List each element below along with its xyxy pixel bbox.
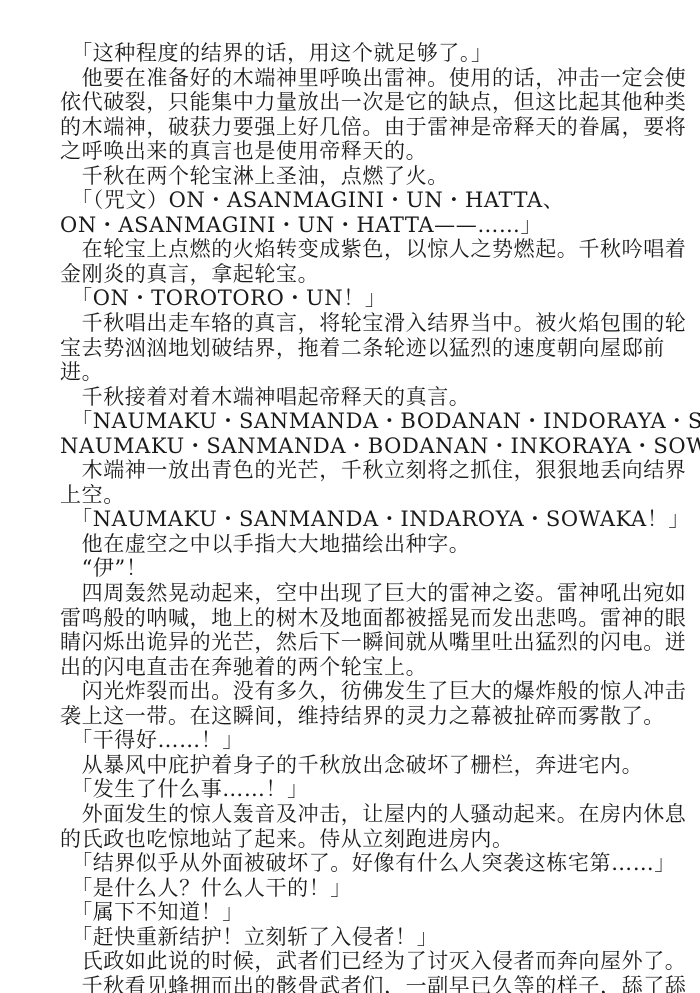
text-line: 之呼唤出来的真言也是使用帝释天的。 <box>60 139 640 164</box>
text-line: 「结界似乎从外面被破坏了。好像有什么人突袭这栋宅第……」 <box>60 851 640 876</box>
text-line: 「干得好……！」 <box>60 728 640 753</box>
text-line: 「NAUMAKU・SANMANDA・BODANAN・INDORAYA・SOWAK… <box>60 409 640 434</box>
text-line: 千秋唱出走车辂的真言，将轮宝滑入结界当中。被火焰包围的轮 <box>60 311 640 336</box>
text-line: “伊”！ <box>60 556 640 581</box>
text-line: 金刚炎的真言，拿起轮宝。 <box>60 262 640 287</box>
text-line: 「属下不知道！」 <box>60 900 640 925</box>
text-line: 他要在准备好的木端神里呼唤出雷神。使用的话，冲击一定会使 <box>60 66 640 91</box>
text-line: 出的闪电直击在奔驰着的两个轮宝上。 <box>60 655 640 680</box>
text-line: 「是什么人？什么人干的！」 <box>60 876 640 901</box>
text-line: 千秋在两个轮宝淋上圣油，点燃了火。 <box>60 164 640 189</box>
document-page: 「这种程度的结界的话，用这个就足够了。」 他要在准备好的木端神里呼唤出雷神。使用… <box>60 41 640 993</box>
text-line: 「发生了什么事……！」 <box>60 777 640 802</box>
text-line: 雷鸣般的呐喊，地上的树木及地面都被摇晃而发出悲鸣。雷神的眼 <box>60 606 640 631</box>
text-line: 他在虚空之中以手指大大地描绘出种字。 <box>60 532 640 557</box>
text-line: NAUMAKU・SANMANDA・BODANAN・INKORAYA・SOWAKA… <box>60 434 640 459</box>
text-line: 「（咒文）ON・ASANMAGINI・UN・HATTA、 <box>60 188 640 213</box>
text-line: 外面发生的惊人轰音及冲击，让屋内的人骚动起来。在房内休息 <box>60 802 640 827</box>
text-line: 四周轰然晃动起来，空中出现了巨大的雷神之姿。雷神吼出宛如 <box>60 581 640 606</box>
text-line: 千秋接着对着木端神唱起帝释天的真言。 <box>60 385 640 410</box>
text-line: 的木端神，破获力要强上好几倍。由于雷神是帝释天的眷属，要将 <box>60 115 640 140</box>
text-line: 在轮宝上点燃的火焰转变成紫色，以惊人之势燃起。千秋吟唱着 <box>60 237 640 262</box>
text-line: 依代破裂，只能集中力量放出一次是它的缺点，但这比起其他种类 <box>60 90 640 115</box>
text-line: 千秋看见蜂拥而出的骸骨武者们，一副早已久等的样子，舔了舔 <box>60 974 640 993</box>
text-line: 宝去势汹汹地划破结界，拖着二条轮迹以猛烈的速度朝向屋邸前 <box>60 336 640 361</box>
text-line: 从暴风中庇护着身子的千秋放出念破坏了栅栏，奔进宅内。 <box>60 753 640 778</box>
text-line: 袭上这一带。在这瞬间，维持结界的灵力之幕被扯碎而雾散了。 <box>60 704 640 729</box>
text-line: 「NAUMAKU・SANMANDA・INDAROYA・SOWAKA！」 <box>60 507 640 532</box>
text-line: 「这种程度的结界的话，用这个就足够了。」 <box>60 41 640 66</box>
text-line: ON・ASANMAGINI・UN・HATTA——……」 <box>60 213 640 238</box>
text-line: 上空。 <box>60 483 640 508</box>
text-line: 氏政如此说的时候，武者们已经为了讨灭入侵者而奔向屋外了。 <box>60 949 640 974</box>
text-line: 睛闪烁出诡异的光芒，然后下一瞬间就从嘴里吐出猛烈的闪电。迸 <box>60 630 640 655</box>
text-line: 的氏政也吃惊地站了起来。侍从立刻跑进房内。 <box>60 827 640 852</box>
text-line: 进。 <box>60 360 640 385</box>
text-line: 木端神一放出青色的光芒，千秋立刻将之抓住，狠狠地丢向结界 <box>60 458 640 483</box>
text-line: 「ON・TOROTORO・UN！」 <box>60 286 640 311</box>
text-line: 闪光炸裂而出。没有多久，彷佛发生了巨大的爆炸般的惊人冲击 <box>60 679 640 704</box>
text-line: 「赶快重新结护！立刻斩了入侵者！」 <box>60 925 640 950</box>
